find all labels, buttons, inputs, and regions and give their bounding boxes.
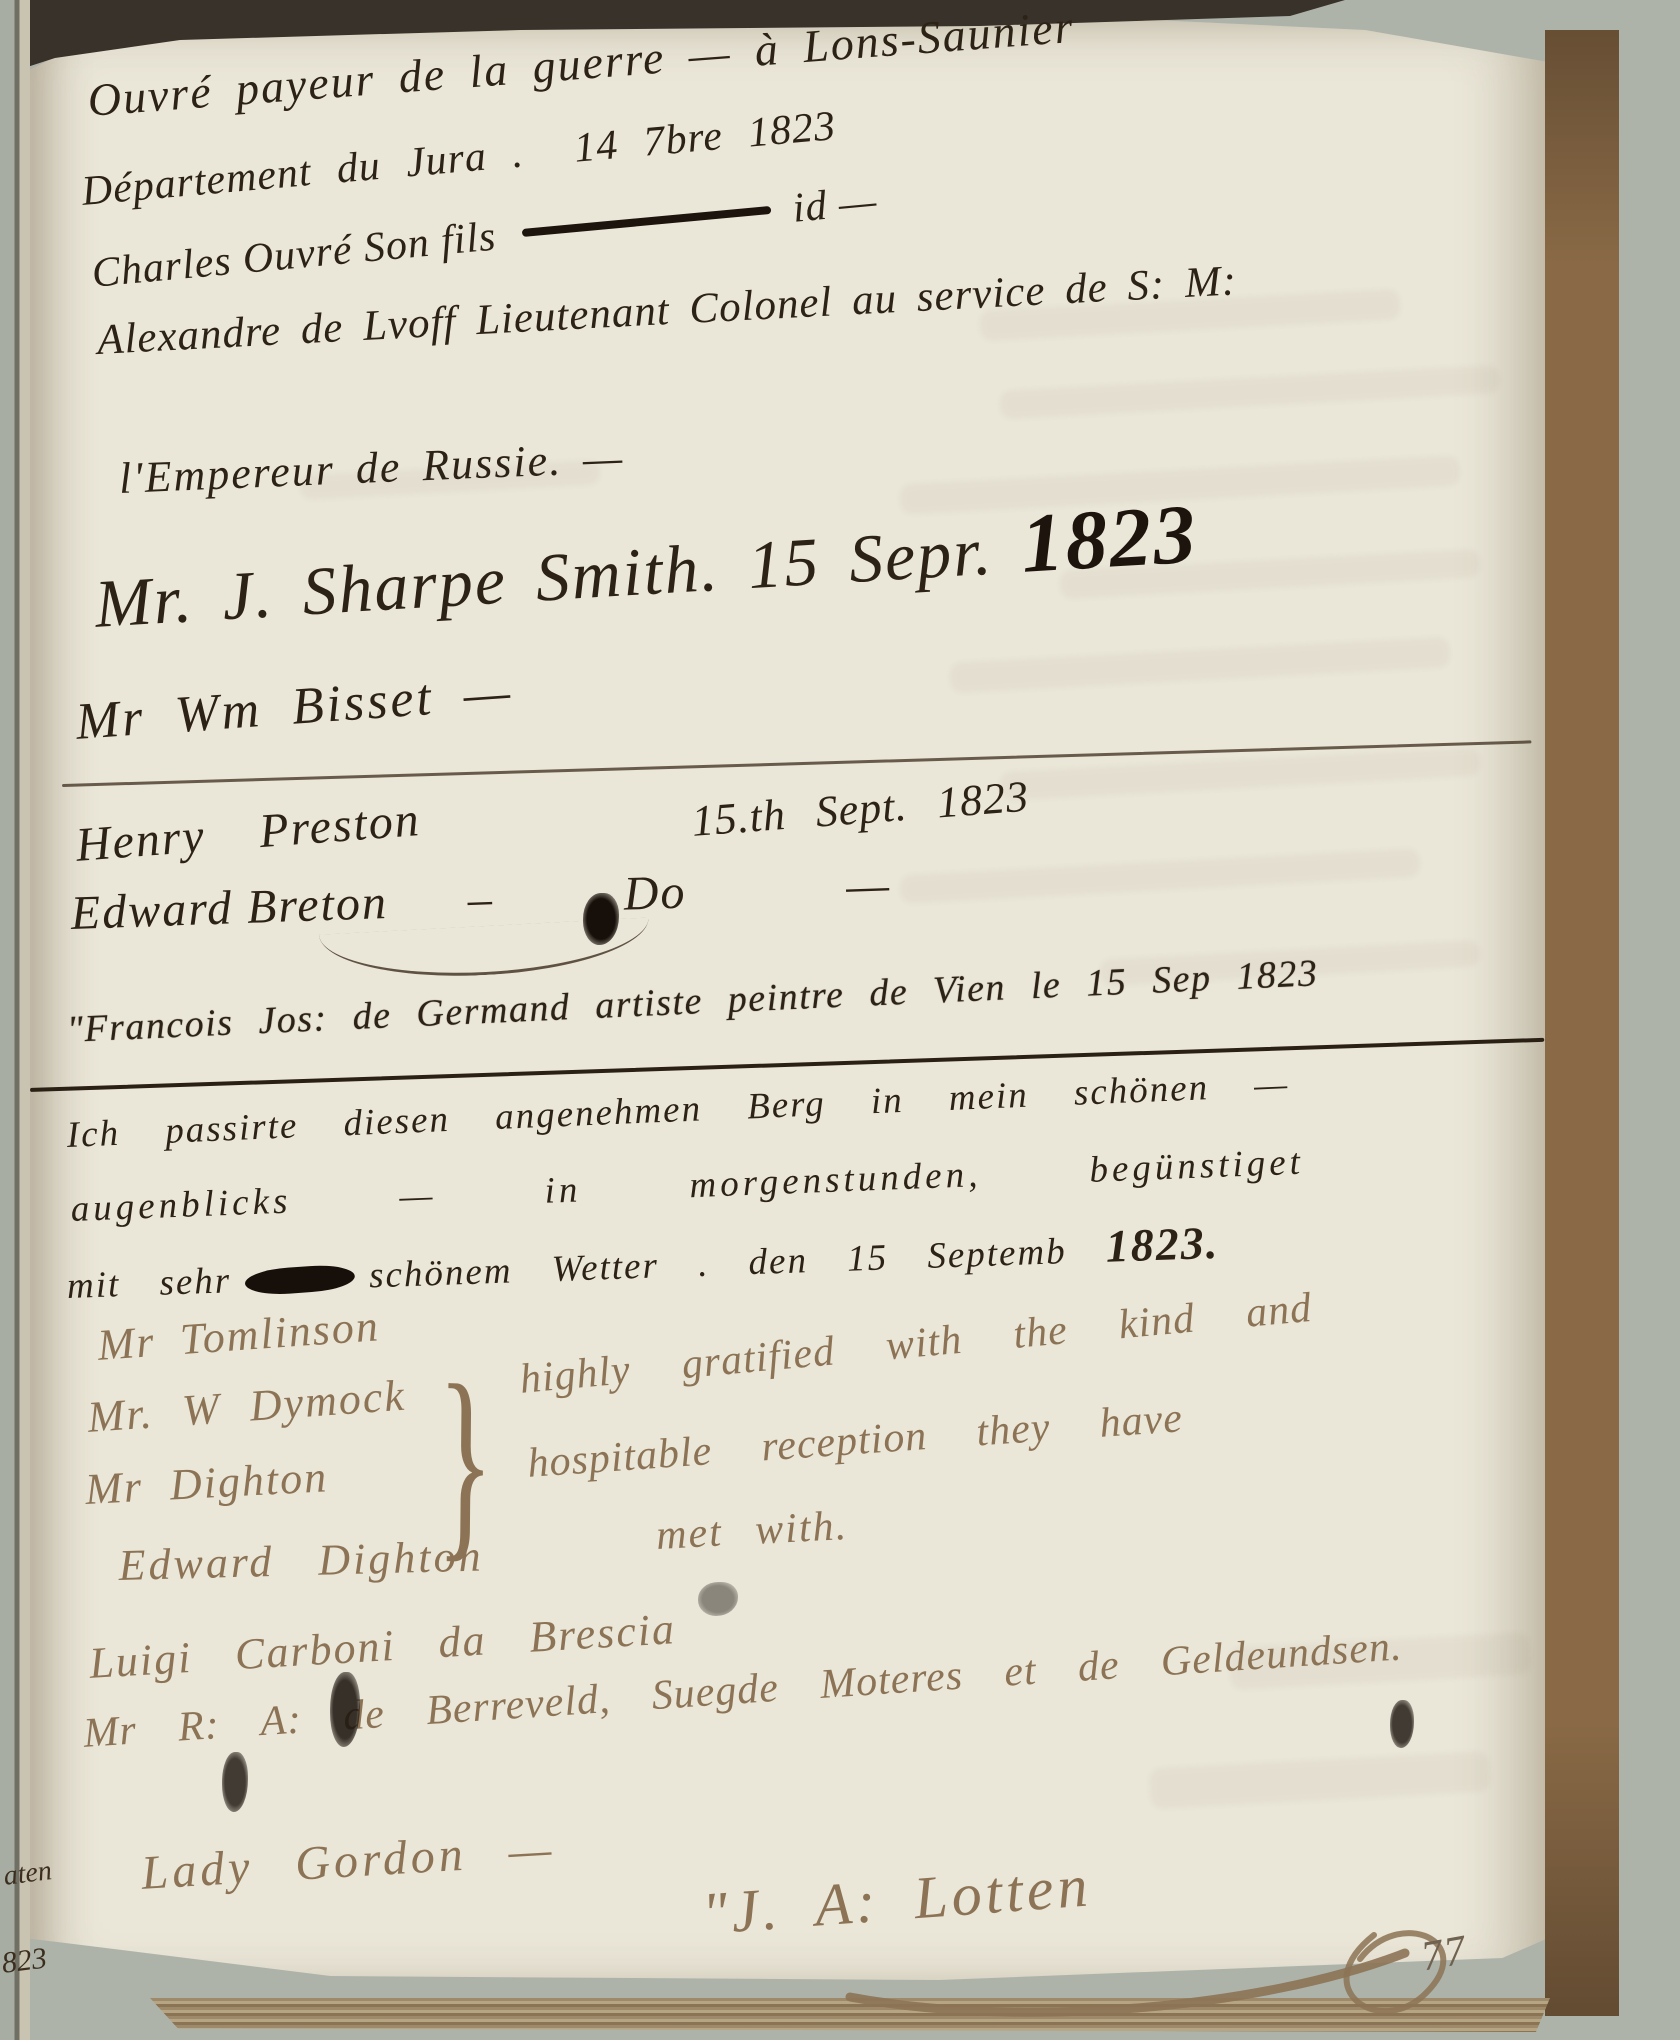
entry-breton-name: Edward Breton — [70, 876, 389, 940]
entry-breton-end-dash: — — [845, 858, 892, 913]
entry-edward-dighton: Edward Dighton — [118, 1532, 484, 1589]
ink-stroke — [522, 206, 772, 237]
page-edge-stack-right — [1545, 30, 1619, 2016]
page-number: 77 — [1418, 1928, 1471, 1981]
entry-sharpe-year: 1823 — [1019, 488, 1200, 591]
entry-german-line3-start: mit sehr — [66, 1260, 232, 1307]
entry-breton-dash: – — [467, 872, 495, 926]
crossed-out-word-blot — [244, 1263, 356, 1297]
scanned-book-page: Ouvré payeur de la guerre — à Lons-Sauni… — [0, 0, 1680, 2040]
page-edge-shading — [1545, 30, 1619, 2016]
margin-fragment: 823 — [0, 1943, 49, 1981]
entry-ouvre-id: id — — [791, 178, 879, 232]
entry-german-year: 1823. — [1105, 1217, 1220, 1272]
entry-breton-ditto: Do — [623, 866, 687, 921]
grouping-brace: } — [436, 1352, 495, 1569]
margin-fragment: aten — [2, 1856, 54, 1892]
binding-gutter — [0, 0, 30, 2040]
signature-flourish — [840, 1925, 1480, 2035]
